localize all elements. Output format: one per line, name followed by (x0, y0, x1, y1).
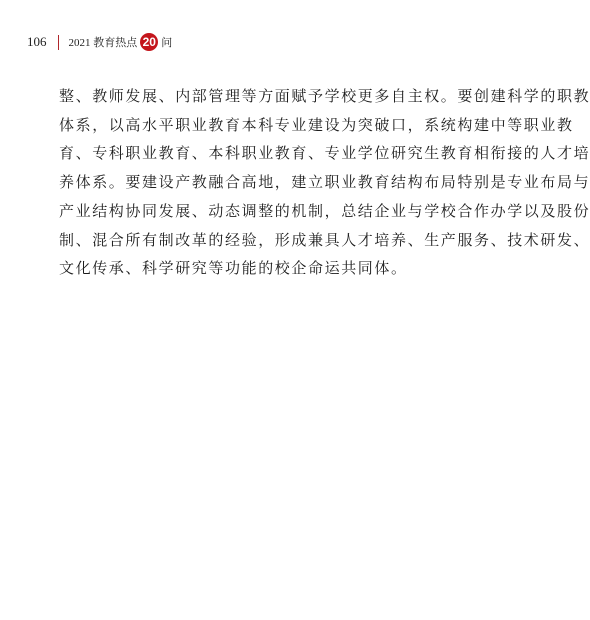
text-line: 整、教师发展、内部管理等方面赋予学校更多自主权。要创建科学的职教 (59, 82, 537, 111)
page-number: 106 (27, 34, 47, 50)
text-line: 文化传承、科学研究等功能的校企命运共同体。 (59, 254, 537, 283)
book-title-prefix: 2021 教育热点 (69, 34, 138, 50)
header-divider (58, 35, 59, 50)
text-line: 产业结构协同发展、动态调整的机制，总结企业与学校合作办学以及股份 (59, 197, 537, 226)
text-line: 制、混合所有制改革的经验，形成兼具人才培养、生产服务、技术研发、 (59, 226, 537, 255)
body-paragraph: 整、教师发展、内部管理等方面赋予学校更多自主权。要创建科学的职教 体系，以高水平… (59, 82, 537, 283)
text-line: 育、专科职业教育、本科职业教育、专业学位研究生教育相衔接的人才培 (59, 139, 537, 168)
text-line: 体系，以高水平职业教育本科专业建设为突破口，系统构建中等职业教 (59, 111, 537, 140)
number-badge: 20 (140, 33, 158, 51)
page-header: 106 2021 教育热点 20 问 (27, 33, 172, 51)
text-line: 养体系。要建设产教融合高地，建立职业教育结构布局特别是专业布局与 (59, 168, 537, 197)
book-title: 2021 教育热点 20 问 (69, 33, 173, 51)
book-title-suffix: 问 (161, 34, 172, 50)
